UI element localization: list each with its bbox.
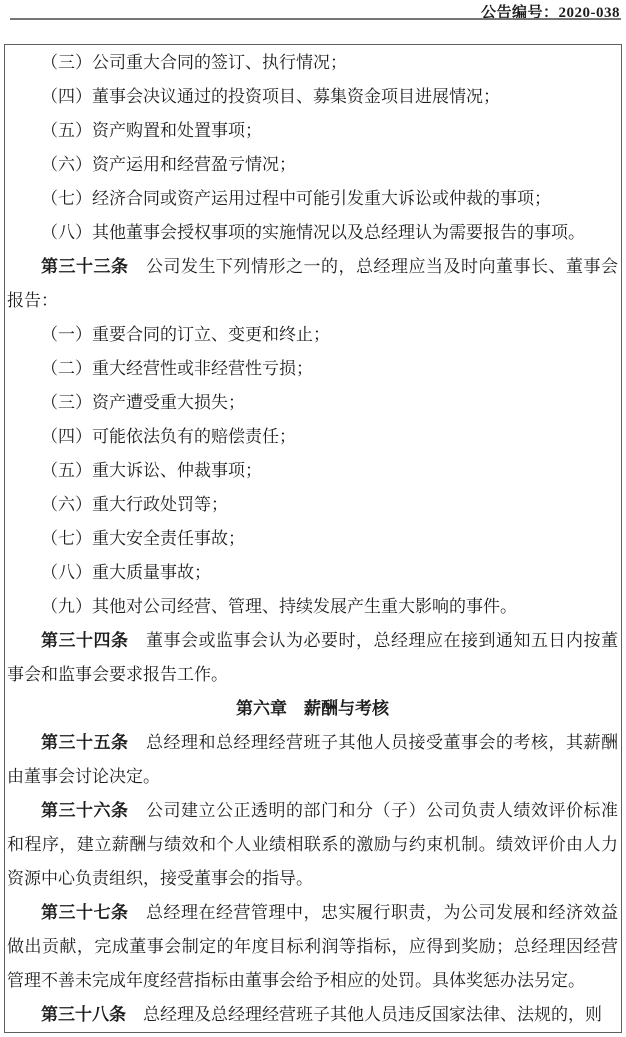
chapter-heading: 第六章 薪酬与考核 (7, 692, 618, 726)
list-item-paragraph: （八）其他董事会授权事项的实施情况以及总经理认为需要报告的事项。 (7, 216, 618, 250)
list-item-paragraph: （五）资产购置和处置事项； (7, 114, 618, 148)
article-paragraph: 第三十六条 公司建立公正透明的部门和分（子）公司负责人绩效评价标准和程序，建立薪… (7, 794, 618, 896)
list-item-paragraph: （四）可能依法负有的赔偿责任； (7, 420, 618, 454)
document-body: （三）公司重大合同的签订、执行情况；（四）董事会决议通过的投资项目、募集资金项目… (7, 46, 618, 1032)
article-number: 第三十三条 (41, 257, 129, 276)
header-rule-divider (10, 18, 621, 20)
list-item-paragraph: （二）重大经营性或非经营性亏损； (7, 352, 618, 386)
article-paragraph: 第三十三条 公司发生下列情形之一的，总经理应当及时向董事长、董事会报告： (7, 250, 618, 318)
article-paragraph: 第三十八条 总经理及总经理经营班子其他人员违反国家法律、法规的，则 (7, 998, 618, 1032)
list-item-paragraph: （七）重大安全责任事故； (7, 522, 618, 556)
list-item-paragraph: （三）公司重大合同的签订、执行情况； (7, 46, 618, 80)
article-number: 第三十六条 (41, 801, 129, 820)
document-page: { "header": { "notice_label": "公告编号：2020… (0, 0, 626, 1037)
article-number: 第三十七条 (41, 903, 129, 922)
article-number: 第三十五条 (41, 733, 129, 752)
list-item-paragraph: （一）重要合同的订立、变更和终止； (7, 318, 618, 352)
list-item-paragraph: （八）重大质量事故； (7, 556, 618, 590)
list-item-paragraph: （六）重大行政处罚等； (7, 488, 618, 522)
list-item-paragraph: （三）资产遭受重大损失； (7, 386, 618, 420)
article-paragraph: 第三十四条 董事会或监事会认为必要时，总经理应在接到通知五日内按董事会和监事会要… (7, 624, 618, 692)
list-item-paragraph: （六）资产运用和经营盈亏情况； (7, 148, 618, 182)
article-text: 总经理及总经理经营班子其他人员违反国家法律、法规的，则 (126, 1005, 602, 1024)
article-number: 第三十四条 (41, 631, 129, 650)
article-number: 第三十八条 (41, 1005, 126, 1024)
article-paragraph: 第三十五条 总经理和总经理经营班子其他人员接受董事会的考核，其薪酬由董事会讨论决… (7, 726, 618, 794)
page-border-frame: （三）公司重大合同的签订、执行情况；（四）董事会决议通过的投资项目、募集资金项目… (4, 44, 622, 1033)
list-item-paragraph: （四）董事会决议通过的投资项目、募集资金项目进展情况； (7, 80, 618, 114)
list-item-paragraph: （七）经济合同或资产运用过程中可能引发重大诉讼或仲裁的事项； (7, 182, 618, 216)
list-item-paragraph: （五）重大诉讼、仲裁事项； (7, 454, 618, 488)
article-paragraph: 第三十七条 总经理在经营管理中，忠实履行职责，为公司发展和经济效益做出贡献，完成… (7, 896, 618, 998)
list-item-paragraph: （九）其他对公司经营、管理、持续发展产生重大影响的事件。 (7, 590, 618, 624)
